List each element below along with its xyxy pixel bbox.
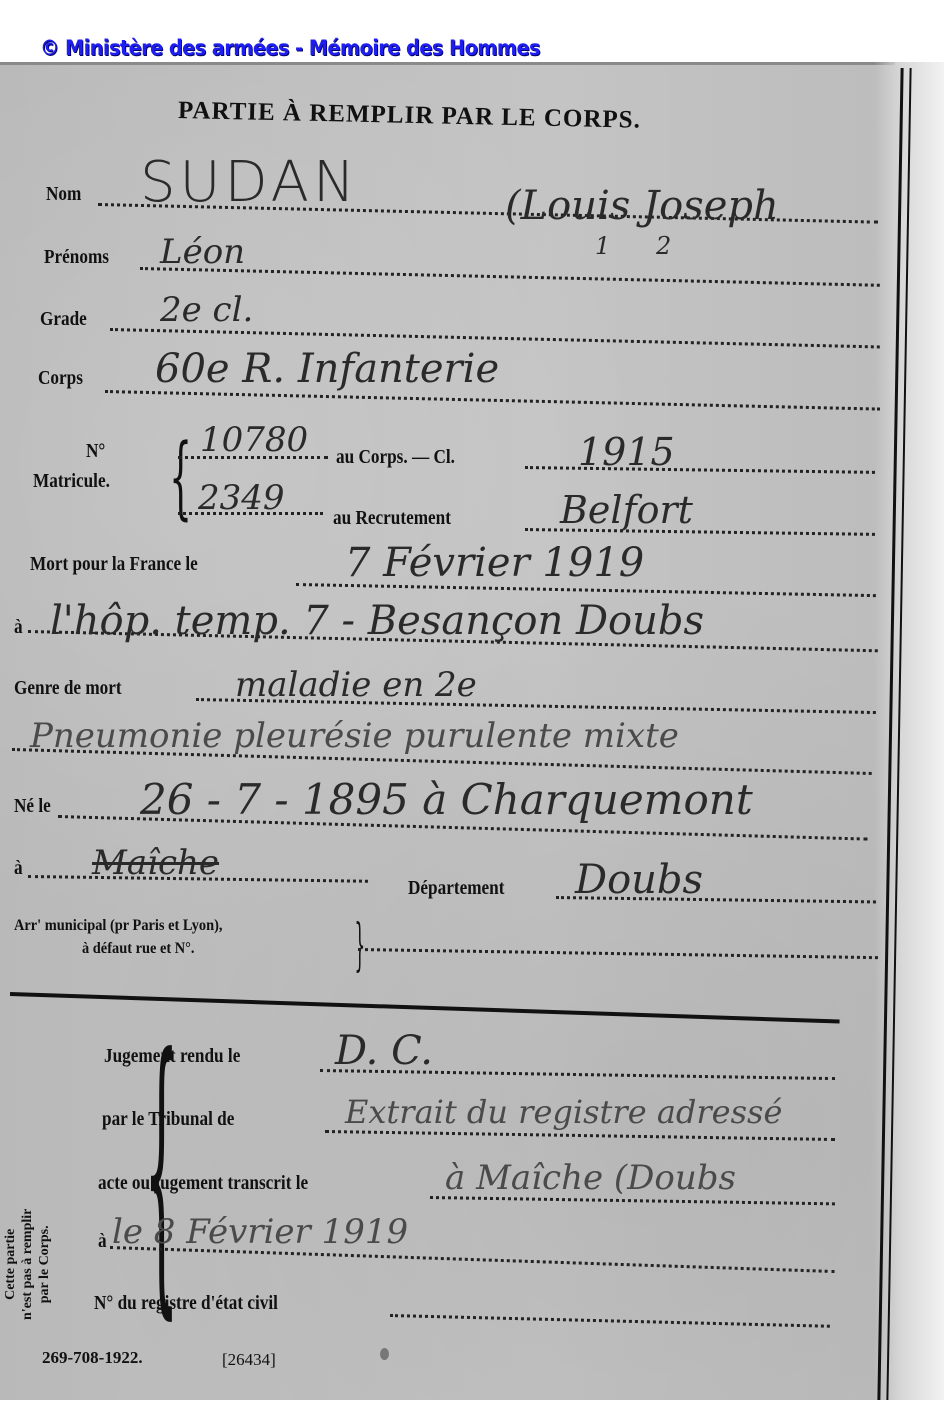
print-reference: 269-708-1922. bbox=[42, 1348, 143, 1368]
matricule-no-label: N° bbox=[86, 440, 105, 463]
mort-lieu-label: à bbox=[14, 616, 23, 639]
jugement-label: Jugement rendu le bbox=[104, 1045, 240, 1068]
matricule-corps-value: 10780 bbox=[200, 420, 308, 460]
genre-mort-label: Genre de mort bbox=[14, 677, 122, 700]
naissance-lieu-value: Maîche bbox=[92, 843, 219, 883]
corps-label: Corps bbox=[38, 367, 83, 390]
naissance-value: 26 - 7 - 1895 à Charquemont bbox=[140, 775, 753, 824]
tribunal-label: par le Tribunal de bbox=[102, 1108, 234, 1131]
other-names-value: (Louis Joseph bbox=[505, 183, 779, 229]
classe-value: 1915 bbox=[578, 430, 675, 474]
departement-value: Doubs bbox=[575, 857, 703, 903]
transcrit-a-label: à bbox=[98, 1230, 107, 1253]
print-code: [26434] bbox=[222, 1350, 276, 1370]
transcrit-label: acte ou jugement transcrit le bbox=[98, 1172, 308, 1195]
recrutement-label: au Recrutement bbox=[333, 507, 451, 530]
name-order-marks: 1 2 bbox=[595, 232, 671, 260]
jugement-value: D. C. bbox=[335, 1028, 433, 1074]
arrondissement-brace: } bbox=[354, 913, 365, 978]
mort-label: Mort pour la France le bbox=[30, 553, 198, 576]
matricule-corps-label: au Corps. — Cl. bbox=[336, 446, 455, 469]
side-note-line-2: n'est pas à remplir bbox=[19, 1209, 36, 1320]
ink-stain bbox=[380, 1348, 389, 1360]
tribunal-value: Extrait du registre adressé bbox=[345, 1093, 782, 1131]
prenoms-label: Prénoms bbox=[44, 246, 109, 269]
mort-lieu-value: l'hôp. temp. 7 - Besançon Doubs bbox=[50, 598, 704, 644]
genre-mort-value-2: Pneumonie pleurésie purulente mixte bbox=[30, 716, 679, 756]
arrondissement-label: Arr' municipal (pr Paris et Lyon), bbox=[14, 917, 223, 935]
prenoms-value: Léon bbox=[160, 232, 245, 272]
corps-value: 60e R. Infanterie bbox=[155, 346, 499, 392]
card-top-edge bbox=[0, 62, 895, 65]
side-note-brace: { bbox=[144, 1030, 178, 1310]
naissance-label: Né le bbox=[14, 795, 51, 818]
card-edge-shadow bbox=[874, 62, 944, 1400]
nom-label: Nom bbox=[46, 183, 81, 206]
naissance-lieu-label: à bbox=[14, 857, 23, 880]
side-note-line-1: Cette partie bbox=[2, 1209, 19, 1320]
transcrit-a-value: le 8 Février 1919 bbox=[112, 1212, 408, 1252]
side-note-line-3: par le Corps. bbox=[36, 1209, 53, 1320]
transcrit-value: à Maîche (Doubs bbox=[445, 1158, 736, 1198]
side-note: Cette partie n'est pas à remplir par le … bbox=[2, 1209, 53, 1320]
arrondissement-label-2: à défaut rue et N°. bbox=[82, 940, 195, 958]
departement-label: Département bbox=[408, 877, 504, 900]
grade-value: 2e cl. bbox=[160, 290, 253, 330]
registre-label: N° du registre d'état civil bbox=[94, 1292, 278, 1315]
copyright-watermark: © Ministère des armées - Mémoire des Hom… bbox=[40, 36, 540, 60]
nom-value: SUDAN bbox=[140, 150, 359, 215]
matricule-recrutement-value: 2349 bbox=[198, 478, 285, 518]
matricule-label: Matricule. bbox=[33, 470, 110, 493]
recrutement-place-value: Belfort bbox=[560, 488, 693, 532]
mort-value: 7 Février 1919 bbox=[345, 540, 644, 586]
grade-label: Grade bbox=[40, 308, 87, 331]
genre-mort-value: maladie en 2e bbox=[235, 665, 477, 705]
